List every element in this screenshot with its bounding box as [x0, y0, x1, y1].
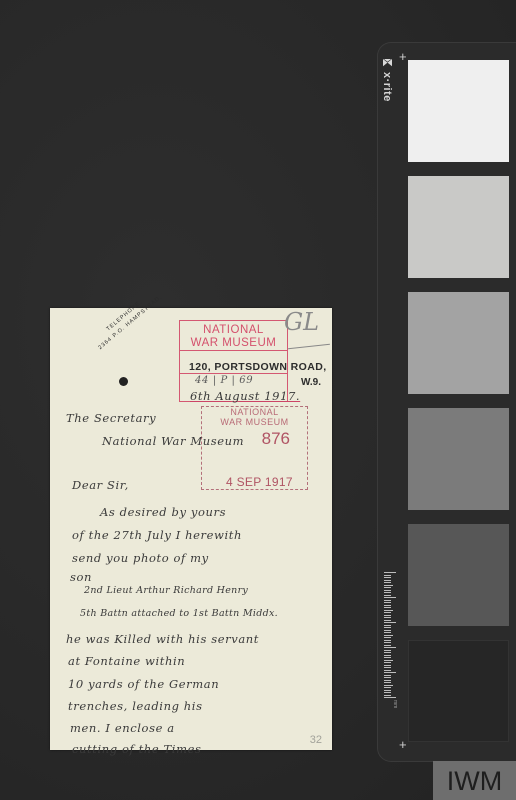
ruler-tick	[384, 627, 391, 628]
ruler-tick	[384, 640, 391, 641]
handwritten-line: As desired by yours	[100, 505, 226, 519]
letterhead-address: 120, PORTSDOWN ROAD,	[189, 361, 327, 373]
ruler-tick	[384, 692, 391, 693]
handwritten-line: cutting of the Times	[72, 742, 201, 756]
registry-stamp: NATIONAL WAR MUSEUM 876 4 SEP 1917	[201, 406, 308, 490]
handwritten-line: National War Museum	[102, 434, 244, 448]
swatch-white	[408, 60, 509, 162]
ruler-tick	[384, 630, 391, 631]
ruler-unit-label: mm	[392, 700, 398, 708]
ruler-tick	[384, 675, 391, 676]
ruler-tick	[384, 612, 391, 613]
handwritten-line: trenches, leading his	[68, 699, 203, 713]
ruler-tick	[384, 695, 391, 696]
ruler-tick	[384, 697, 396, 698]
ruler-tick	[384, 625, 391, 626]
ruler-tick	[384, 607, 391, 608]
crosshair-icon: +	[399, 738, 407, 751]
registry-stamp-line-2: WAR MUSEUM	[202, 418, 307, 428]
ruler-tick	[384, 610, 393, 611]
ruler-tick	[384, 690, 391, 691]
ruler-tick	[384, 577, 391, 578]
ruler-tick	[384, 620, 391, 621]
stamp-line-1: NATIONAL	[180, 324, 287, 337]
swatch-black	[408, 640, 509, 742]
handwritten-line: 2nd Lieut Arthur Richard Henry	[84, 585, 248, 596]
ruler-tick	[384, 662, 391, 663]
ruler-tick	[384, 687, 391, 688]
ruler-tick	[384, 637, 391, 638]
ruler-tick	[384, 617, 391, 618]
ruler-tick	[384, 635, 393, 636]
ruler-tick	[384, 580, 391, 581]
registry-date: 4 SEP 1917	[226, 475, 293, 489]
ruler-tick	[384, 642, 391, 643]
ruler-tick	[384, 680, 391, 681]
ruler-tick	[384, 585, 393, 586]
swatch-mid-light-gray	[408, 292, 509, 394]
handwritten-line: Dear Sir,	[72, 478, 129, 492]
ruler-tick	[384, 665, 391, 666]
handwritten-line: men. I enclose a	[70, 721, 175, 735]
ruler-tick	[384, 605, 391, 606]
ruler-tick	[384, 582, 391, 583]
handwritten-line: he was Killed with his servant	[66, 632, 259, 646]
ruler-tick	[384, 672, 396, 673]
iwm-watermark: IWM	[433, 761, 516, 800]
handwritten-line: son	[70, 570, 92, 584]
ruler-tick	[384, 602, 391, 603]
handwritten-line: of the 27th July I herewith	[72, 528, 242, 542]
handwritten-line: send you photo of my	[72, 551, 209, 565]
ruler-tick	[384, 652, 391, 653]
swatch-dark-gray	[408, 524, 509, 626]
ruler-tick	[384, 677, 391, 678]
ruler-tick	[384, 650, 391, 651]
page-number: 32	[310, 734, 322, 746]
letterhead-postcode: W.9.	[301, 377, 321, 388]
registry-number: 876	[262, 429, 290, 449]
ruler-tick	[384, 597, 396, 598]
crosshair-icon: +	[399, 50, 407, 63]
handwritten-line: 5th Battn attached to 1st Battn Middx.	[80, 608, 278, 619]
swatch-light-gray	[408, 176, 509, 278]
ruler-tick	[384, 657, 391, 658]
letter-date: 6th August 1917.	[190, 389, 300, 403]
handwritten-line: 10 yards of the German	[68, 677, 219, 691]
ruler-tick	[384, 600, 391, 601]
handwritten-line: The Secretary	[66, 411, 156, 425]
xrite-logo-icon	[383, 59, 392, 68]
ruler-tick	[384, 685, 393, 686]
ruler-tick	[384, 632, 391, 633]
ruler-tick	[384, 667, 391, 668]
brand-label: x·rite	[381, 72, 393, 102]
ruler-tick	[384, 655, 391, 656]
ruler-tick	[384, 647, 396, 648]
mm-ruler	[384, 572, 396, 698]
ruler-tick	[384, 660, 393, 661]
ruler-tick	[384, 572, 396, 573]
handwritten-line: at Fontaine within	[68, 654, 185, 668]
reference-number: 44 | P | 69	[195, 375, 253, 386]
stamp-line-2: WAR MUSEUM	[180, 337, 287, 350]
ruler-tick	[384, 590, 391, 591]
ruler-tick	[384, 670, 391, 671]
pencil-initials: GL	[284, 308, 319, 336]
ruler-tick	[384, 682, 391, 683]
ruler-tick	[384, 575, 391, 576]
swatch-mid-gray	[408, 408, 509, 510]
letter-card: TELEPHONE. 2364 P.O. HAMPSTEAD. NATIONAL…	[50, 308, 332, 750]
ruler-tick	[384, 622, 396, 623]
ruler-tick	[384, 592, 391, 593]
ruler-tick	[384, 615, 391, 616]
ruler-tick	[384, 587, 391, 588]
punch-hole	[119, 377, 128, 386]
ruler-tick	[384, 645, 391, 646]
pencil-line	[288, 344, 330, 349]
ruler-tick	[384, 595, 391, 596]
